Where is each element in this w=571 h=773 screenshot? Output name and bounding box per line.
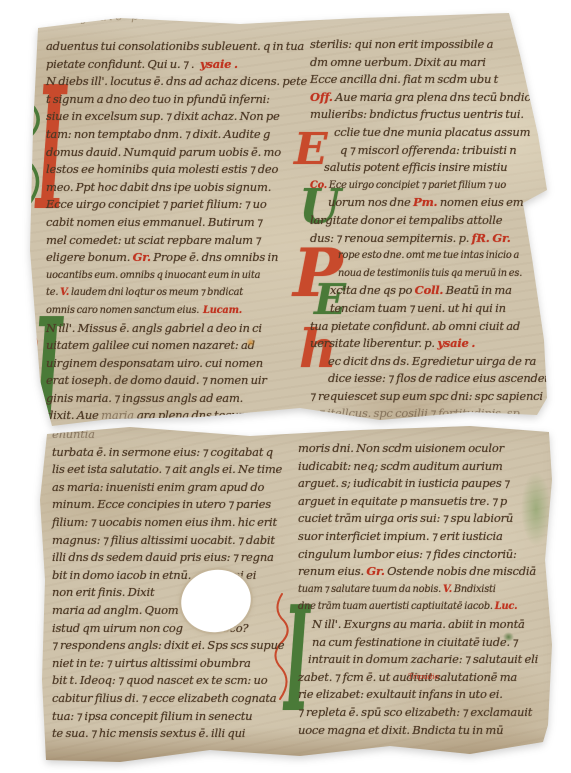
text-line: cabit nomen eius emmanuel. Butirum ⁊ [46,214,307,232]
text-line: rope esto dne. omt me tue intas inicio a [310,247,552,265]
text-line: tuam ⁊ salutare tuum da nobis. V. Bndixi… [298,581,538,599]
text-line: N diebs ill'. locutus ē. dns ad achaz di… [46,73,307,91]
text-line: arguet in equitate p mansuetis tre. ⁊ p [298,493,538,511]
interlinear-gloss: Tripudio [408,672,439,681]
bottom-left-column: enuntiaturbata ē. in sermone eius: ⁊ cog… [52,426,284,743]
bottom-right-column: moris dni. Non scdm uisionem oculoriudic… [298,440,538,739]
text-line: suor interficiet impium. ⁊ erit iusticia [298,528,538,546]
text-line: istud qm uirum non cog nosco? [52,620,284,638]
text-line: meo. Ppt hoc dabit dns ipe uobis signum. [46,179,307,197]
green-stain-dot [503,632,514,642]
text-line: siue in excelsum sup. ⁊ dixit achaz. Non… [46,108,307,126]
text-line: Off. Aue maria gra plena dns tecū bndict [310,89,552,107]
text-line: domus dauid. Numquid parum uobis ē. mo [46,144,307,162]
text-line: ginis maria. ⁊ ingssus angls ad eam. [46,390,307,408]
text-line: rie elizabet: exultauit infans in uto ei… [298,686,538,704]
text-line: N ill'. Missus ē. angls gabriel a deo in… [46,320,307,338]
text-line: largitate donor ei tempalibs attolle [310,212,552,230]
text-line: erat ioseph. de domo dauid. ⁊ nomen uir [46,372,307,390]
text-line: dice iesse: ⁊ flos de radice eius ascend… [310,370,552,388]
text-line: Ecce ancilla dni. fiat m scdm ubu t [310,71,552,89]
text-line: tenciam tuam ⁊ ueni. ut hi qui in [310,300,552,318]
text-line: ec dicit dns ds. Egredietur uirga de ra [310,353,552,371]
text-line: mulieribs: bndictus fructus uentris tui. [310,106,552,124]
text-line: uersitate liberentur. p. ysaie . [310,335,552,353]
text-line: lestos ee hominibs quia molesti estis ⁊ … [46,161,307,179]
top-right-column: sterilis: qui non erit impossibile adm o… [310,36,552,423]
text-line: dus: ⁊ renoua sempiternis. p. fR. Gr. [310,230,552,248]
text-line: filium: ⁊ uocabis nomen eius ihm. hic er… [52,514,284,532]
text-line: uoce magna et dixit. Bndicta tu in mū [298,722,538,740]
text-line: te. V. laudem dni loqtur os meum ⁊ bndic… [46,284,307,302]
text-line: ⁊ requiescet sup eum spc dni: spc sapien… [310,388,552,406]
text-line: uocantibs eum. omnibs q inuocant eum in … [46,267,307,285]
text-line: sterilis: qui non erit impossibile a [310,36,552,54]
ink-speck [493,754,499,761]
text-line: renum eius. Gr. Ostende nobis dne miscdi… [298,563,538,581]
text-line: cclie tue dne munia placatus assum [310,124,552,142]
text-line: niet in te: ⁊ uirtus altissimi obumbra [52,655,284,673]
text-line: omnis caro nomen sanctum eius. Lucam. [46,302,307,320]
text-line: ⁊ repleta ē. spū sco elizabeth: ⁊ exclam… [298,704,538,722]
text-line: moris dni. Non scdm uisionem oculor [298,440,538,458]
text-line: cuciet trām uirga oris sui: ⁊ spu labior… [298,510,538,528]
text-line: ⁊ respondens angls: dixit ei. Sps scs su… [52,637,284,655]
text-line: uorum nos dne Pm. nomen eius em [310,194,552,212]
text-line: intrauit in domum zacharie: ⁊ salutauit … [298,651,538,669]
text-line: q ⁊ miscorl offerenda: tribuisti n [310,142,552,160]
text-line: t signum a dno deo tuo in pfundū inferni… [46,91,307,109]
manuscript-photo: ta ysaie prece I I E U P E h aduentus tu… [0,0,571,773]
text-line: cingulum lumbor eius: ⁊ fides cinctoriū: [298,546,538,564]
text-line: Co. Ece uirgo concipiet ⁊ pariet filium … [310,177,552,195]
text-line: uitatem galilee cui nomen nazaret: ad [46,337,307,355]
fragment-bottom: I enuntiaturbata ē. in sermone eius: ⁊ c… [0,420,571,773]
text-line: Ecce uirgo concipiet ⁊ pariet filium: ⁊ … [46,196,307,214]
orange-stain [246,338,255,347]
text-line: mel comedet: ut sciat repbare malum ⁊ [46,232,307,250]
fragment-top: ta ysaie prece I I E U P E h aduentus tu… [0,0,571,450]
text-line: enuntia [52,426,284,444]
text-line: cabitur filius di. ⁊ ecce elizabeth cogn… [52,690,284,708]
top-left-column: aduentus tui consolationibs subleuent. q… [46,38,307,425]
text-line: salutis potent efficis insire mistiu [310,159,552,177]
text-line: uirginem desponsatam uiro. cui nomen [46,355,307,373]
text-line: pietate confidunt. Qui u. ⁊ . ysaie . [46,56,307,74]
text-line: e ⁊ itellcus. spc cosilii ⁊ fortitudinis… [310,405,552,423]
text-line: magnus: ⁊ filius altissimi uocabit. ⁊ da… [52,532,284,550]
text-line: aduentus tui consolationibs subleuent. q… [46,38,307,56]
text-line: noua de testimoniis tuis qa meruū in es. [310,265,552,283]
text-line: lis eet ista salutatio. ⁊ ait angls ei. … [52,461,284,479]
text-line: bit t. Ideoq: ⁊ quod nascet ex te scm: u… [52,672,284,690]
text-line: tua pietate confidunt. ab omni ciuit ad [310,318,552,336]
text-line: dixit. Aue maria gra plena dns tecum [46,407,307,425]
text-line: te sua. ⁊ hic mensis sextus ē. illi qui [52,725,284,743]
text-line: bit in domo iacob in etnū. ⁊ regni ei [52,567,284,585]
text-line: xcita dne qs po Coll. Beatū in ma [310,282,552,300]
text-line: dm omne uerbum. Dixit au mari [310,54,552,72]
text-line: eligere bonum. Gr. Prope ē. dns omnibs i… [46,249,307,267]
text-line: dne trām tuam auertisti captiuitatē iaco… [298,598,538,616]
text-line: N ill'. Exurgns au maria. abiit in montā [298,616,538,634]
text-line: iudicabit: neq; scdm auditum aurium [298,458,538,476]
text-line: turbata ē. in sermone eius: ⁊ cogitabat … [52,444,284,462]
green-stain-edge [521,472,551,546]
text-line: arguet. s; iudicabit in iusticia paupes … [298,475,538,493]
text-line: minum. Ecce concipies in utero ⁊ paries [52,496,284,514]
header-inscription: ta ysaie prece [58,7,178,25]
text-line: as maria: inuenisti enim gram apud do [52,479,284,497]
text-line: tua: ⁊ ipsa concepit filium in senectu [52,708,284,726]
text-line: tam: non temptabo dnm. ⁊ dixit. Audite g [46,126,307,144]
text-line: illi dns ds sedem dauid pris eius: ⁊ reg… [52,549,284,567]
